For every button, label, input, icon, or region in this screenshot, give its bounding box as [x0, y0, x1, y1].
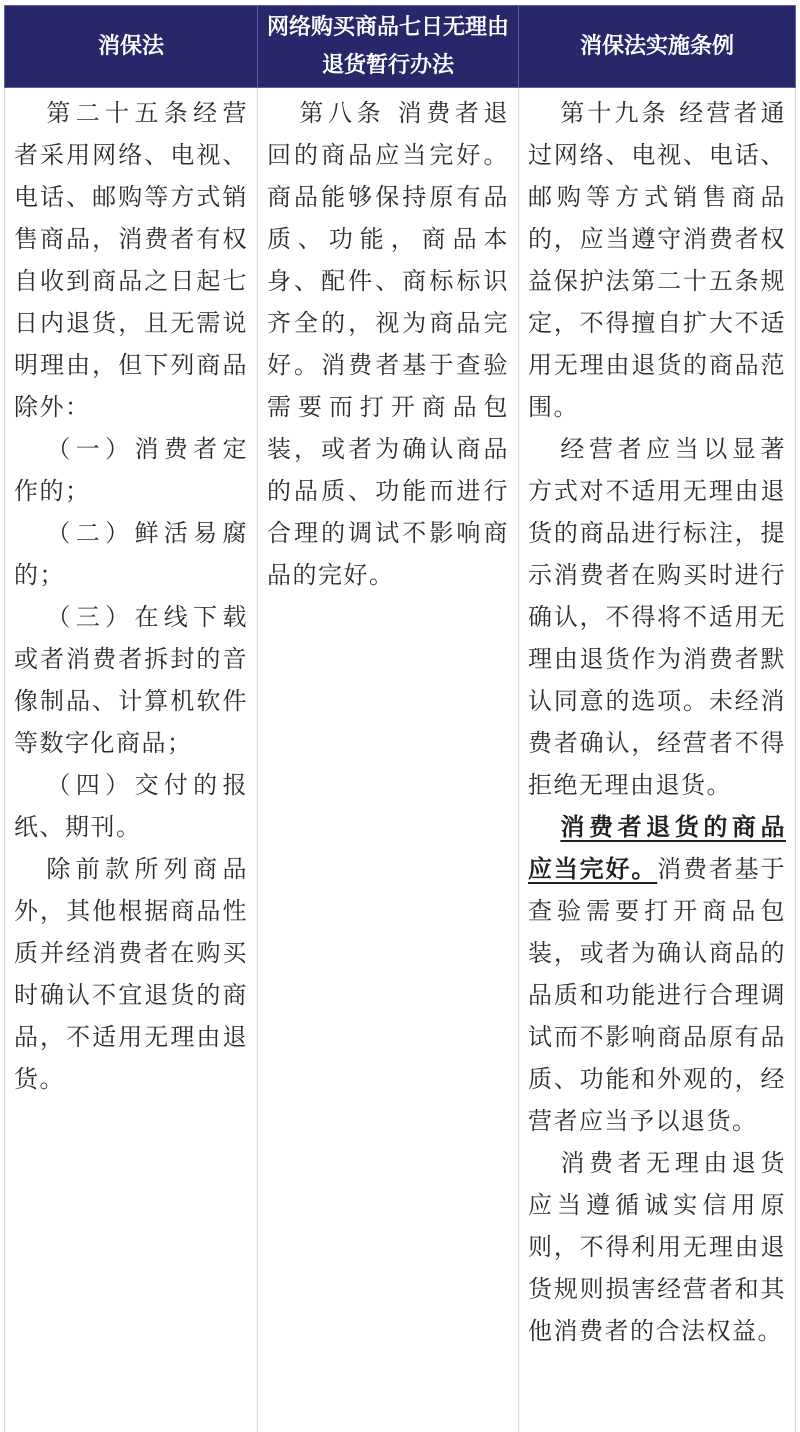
- header-seven-day-return-measures: 网络购买商品七日无理由退货暂行办法: [258, 6, 519, 88]
- exception-item-2: （二）鲜活易腐的；: [14, 512, 248, 596]
- exception-item-4: （四）交付的报纸、期刊。: [14, 764, 248, 848]
- law-comparison-table: 消保法 网络购买商品七日无理由退货暂行办法 消保法实施条例 第二十五条经营者采用…: [4, 5, 796, 1432]
- column-consumer-protection-law: 第二十五条经营者采用网络、电视、电话、邮购等方式销售商品，消费者有权自收到商品之…: [5, 88, 258, 1432]
- article-19-para-3: 消费者退货的商品应当完好。消费者基于查验需要打开商品包装，或者为确认商品的品质和…: [528, 806, 786, 1142]
- exception-item-3: （三）在线下载或者消费者拆封的音像制品、计算机软件等数字化商品；: [14, 596, 248, 764]
- article-25-other-goods: 除前款所列商品外，其他根据商品性质并经消费者在购买时确认不宜退货的商品，不适用无…: [14, 848, 248, 1100]
- content-row: 第二十五条经营者采用网络、电视、电话、邮购等方式销售商品，消费者有权自收到商品之…: [5, 88, 796, 1432]
- exception-item-1: （一）消费者定作的；: [14, 428, 248, 512]
- article-8: 第八条 消费者退回的商品应当完好。商品能够保持原有品质、功能，商品本身、配件、商…: [267, 92, 509, 596]
- article-19-para-1: 第十九条 经营者通过网络、电视、电话、邮购等方式销售商品的，应当遵守消费者权益保…: [528, 92, 786, 428]
- header-implementation-regulations: 消保法实施条例: [519, 6, 796, 88]
- header-row: 消保法 网络购买商品七日无理由退货暂行办法 消保法实施条例: [5, 6, 796, 88]
- article-19-para-2: 经营者应当以显著方式对不适用无理由退货的商品进行标注，提示消费者在购买时进行确认…: [528, 428, 786, 806]
- header-consumer-protection-law: 消保法: [5, 6, 258, 88]
- column-implementation-regulations: 第十九条 经营者通过网络、电视、电话、邮购等方式销售商品的，应当遵守消费者权益保…: [519, 88, 796, 1432]
- article-19-para-3-rest: 消费者基于查验需要打开商品包装，或者为确认商品的品质和功能进行合理调试而不影响商…: [528, 855, 786, 1135]
- article-25-intro: 第二十五条经营者采用网络、电视、电话、邮购等方式销售商品，消费者有权自收到商品之…: [14, 92, 248, 428]
- article-19-para-4: 消费者无理由退货应当遵循诚实信用原则，不得利用无理由退货规则损害经营者和其他消费…: [528, 1142, 786, 1352]
- column-seven-day-return-measures: 第八条 消费者退回的商品应当完好。商品能够保持原有品质、功能，商品本身、配件、商…: [258, 88, 519, 1432]
